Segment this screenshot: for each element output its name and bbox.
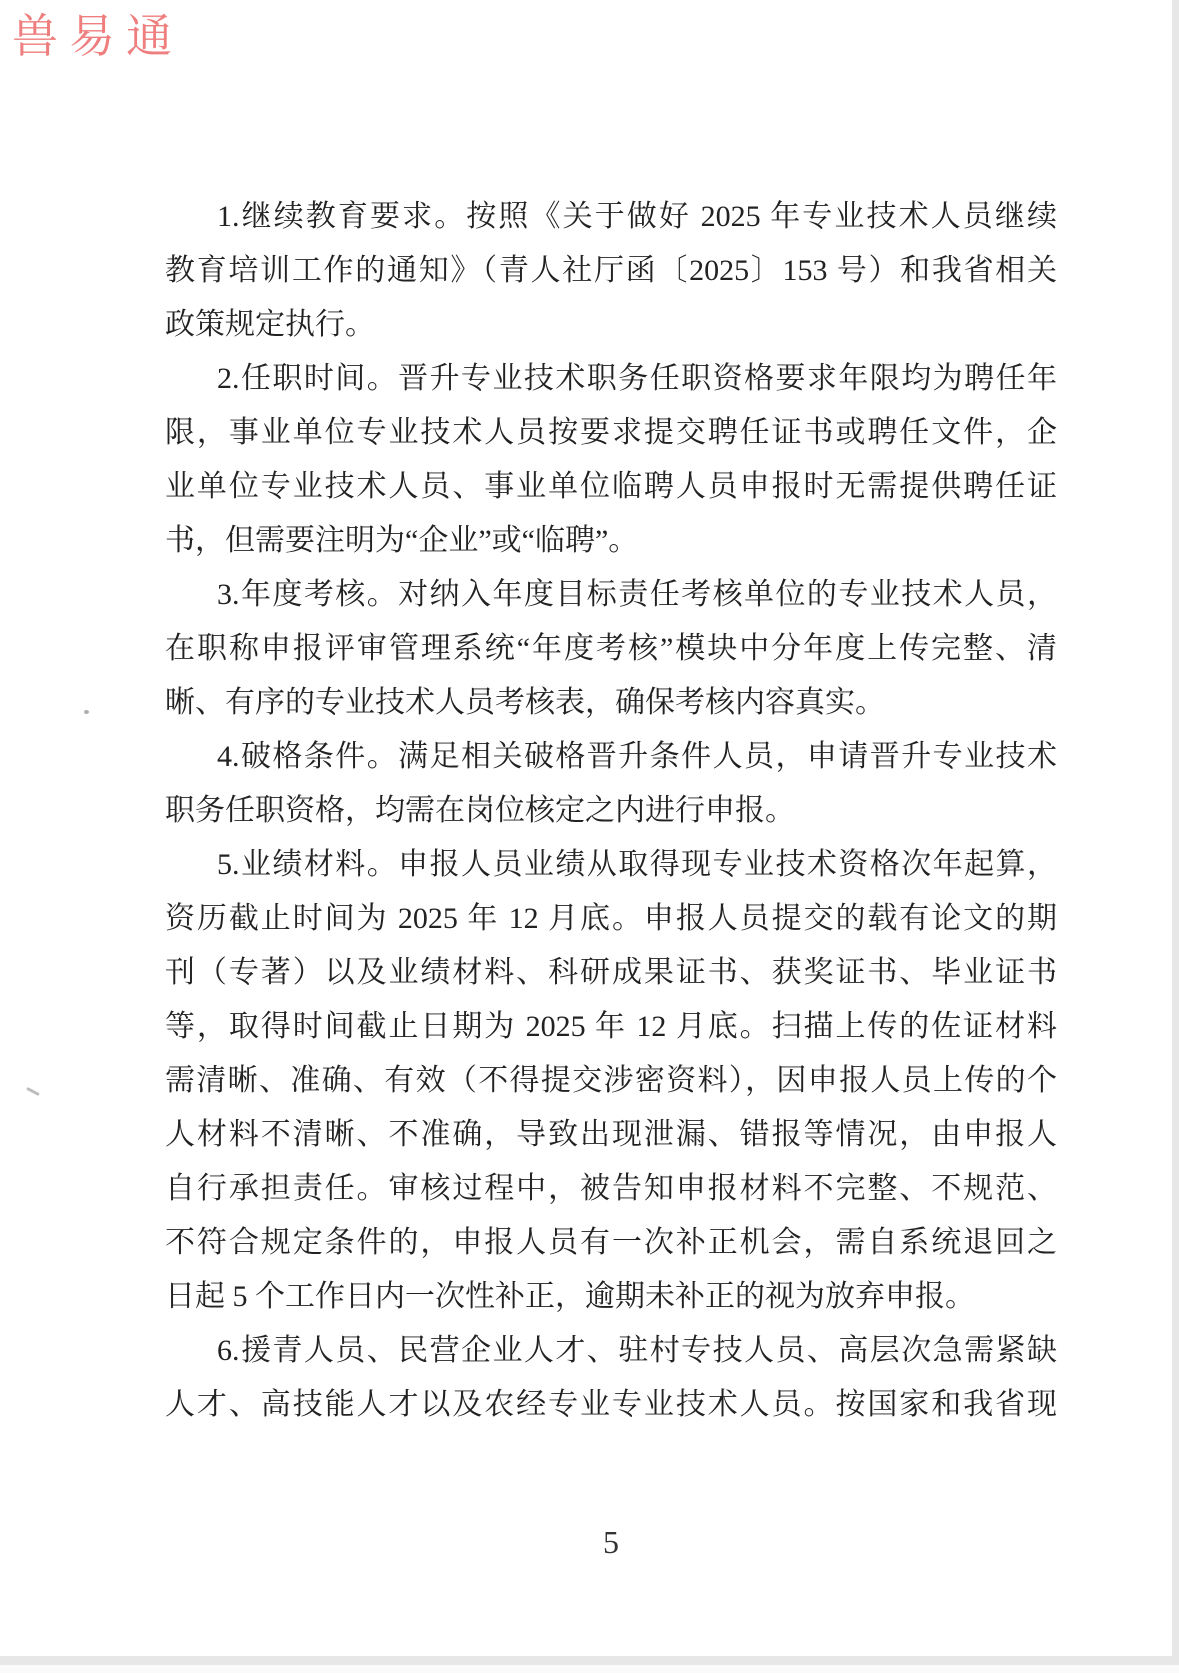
paragraph-4: 4.破格条件。满足相关破格晋升条件人员，申请晋升专业技术职务任职资格，均需在岗位…: [165, 730, 1057, 838]
document-line: 教育培训工作的通知》（青人社厅函〔2025〕153 号）和我省相关: [165, 244, 1057, 298]
document-line: 需清晰、准确、有效（不得提交涉密资料），因申报人员上传的个: [165, 1054, 1057, 1108]
document-line: 资历截止时间为 2025 年 12 月底。申报人员提交的载有论文的期: [165, 892, 1057, 946]
paragraph-6: 6.援青人员、民营企业人才、驻村专技人员、高层次急需紧缺人才、高技能人才以及农经…: [165, 1324, 1057, 1432]
document-line: 人才、高技能人才以及农经专业专业技术人员。按国家和我省现: [165, 1378, 1057, 1432]
document-line: 限，事业单位专业技术人员按要求提交聘任证书或聘任文件，企: [165, 406, 1057, 460]
document-line: 业单位专业技术人员、事业单位临聘人员申报时无需提供聘任证: [165, 460, 1057, 514]
document-line: 政策规定执行。: [165, 298, 1057, 352]
document-body: 1.继续教育要求。按照《关于做好 2025 年专业技术人员继续教育培训工作的通知…: [165, 190, 1057, 1432]
scan-edge-bottom: [0, 1656, 1179, 1665]
page-number: 5: [165, 1524, 1057, 1561]
document-line: 职务任职资格，均需在岗位核定之内进行申报。: [165, 784, 1057, 838]
paragraph-1: 1.继续教育要求。按照《关于做好 2025 年专业技术人员继续教育培训工作的通知…: [165, 190, 1057, 352]
document-line: 等，取得时间截止日期为 2025 年 12 月底。扫描上传的佐证材料: [165, 1000, 1057, 1054]
paragraph-3: 3.年度考核。对纳入年度目标责任考核单位的专业技术人员，在职称申报评审管理系统“…: [165, 568, 1057, 730]
document-line: 刊（专著）以及业绩材料、科研成果证书、获奖证书、毕业证书: [165, 946, 1057, 1000]
scan-artifact-mark: [26, 1087, 40, 1096]
watermark-logo: 兽易通: [12, 0, 183, 66]
document-line: 在职称申报评审管理系统“年度考核”模块中分年度上传完整、清: [165, 622, 1057, 676]
document-line: 4.破格条件。满足相关破格晋升条件人员，申请晋升专业技术: [165, 730, 1057, 784]
paragraph-2: 2.任职时间。晋升专业技术职务任职资格要求年限均为聘任年限，事业单位专业技术人员…: [165, 352, 1057, 568]
document-line: 人材料不清晰、不准确，导致出现泄漏、错报等情况，由申报人: [165, 1108, 1057, 1162]
document-line: 1.继续教育要求。按照《关于做好 2025 年专业技术人员继续: [165, 190, 1057, 244]
document-line: 不符合规定条件的，申报人员有一次补正机会，需自系统退回之: [165, 1216, 1057, 1270]
document-line: 3.年度考核。对纳入年度目标责任考核单位的专业技术人员，: [165, 568, 1057, 622]
document-line: 5.业绩材料。申报人员业绩从取得现专业技术资格次年起算，: [165, 838, 1057, 892]
document-line: 日起 5 个工作日内一次性补正，逾期未补正的视为放弃申报。: [165, 1270, 1057, 1324]
document-line: 自行承担责任。审核过程中，被告知申报材料不完整、不规范、: [165, 1162, 1057, 1216]
document-line: 2.任职时间。晋升专业技术职务任职资格要求年限均为聘任年: [165, 352, 1057, 406]
document-line: 晰、有序的专业技术人员考核表，确保考核内容真实。: [165, 676, 1057, 730]
scan-artifact-dot: [84, 710, 89, 714]
paragraph-5: 5.业绩材料。申报人员业绩从取得现专业技术资格次年起算，资历截止时间为 2025…: [165, 838, 1057, 1324]
scan-edge-bottom-light: [0, 1665, 1179, 1673]
document-line: 6.援青人员、民营企业人才、驻村专技人员、高层次急需紧缺: [165, 1324, 1057, 1378]
document-line: 书，但需要注明为“企业”或“临聘”。: [165, 514, 1057, 568]
scan-edge-right: [1172, 0, 1179, 1673]
